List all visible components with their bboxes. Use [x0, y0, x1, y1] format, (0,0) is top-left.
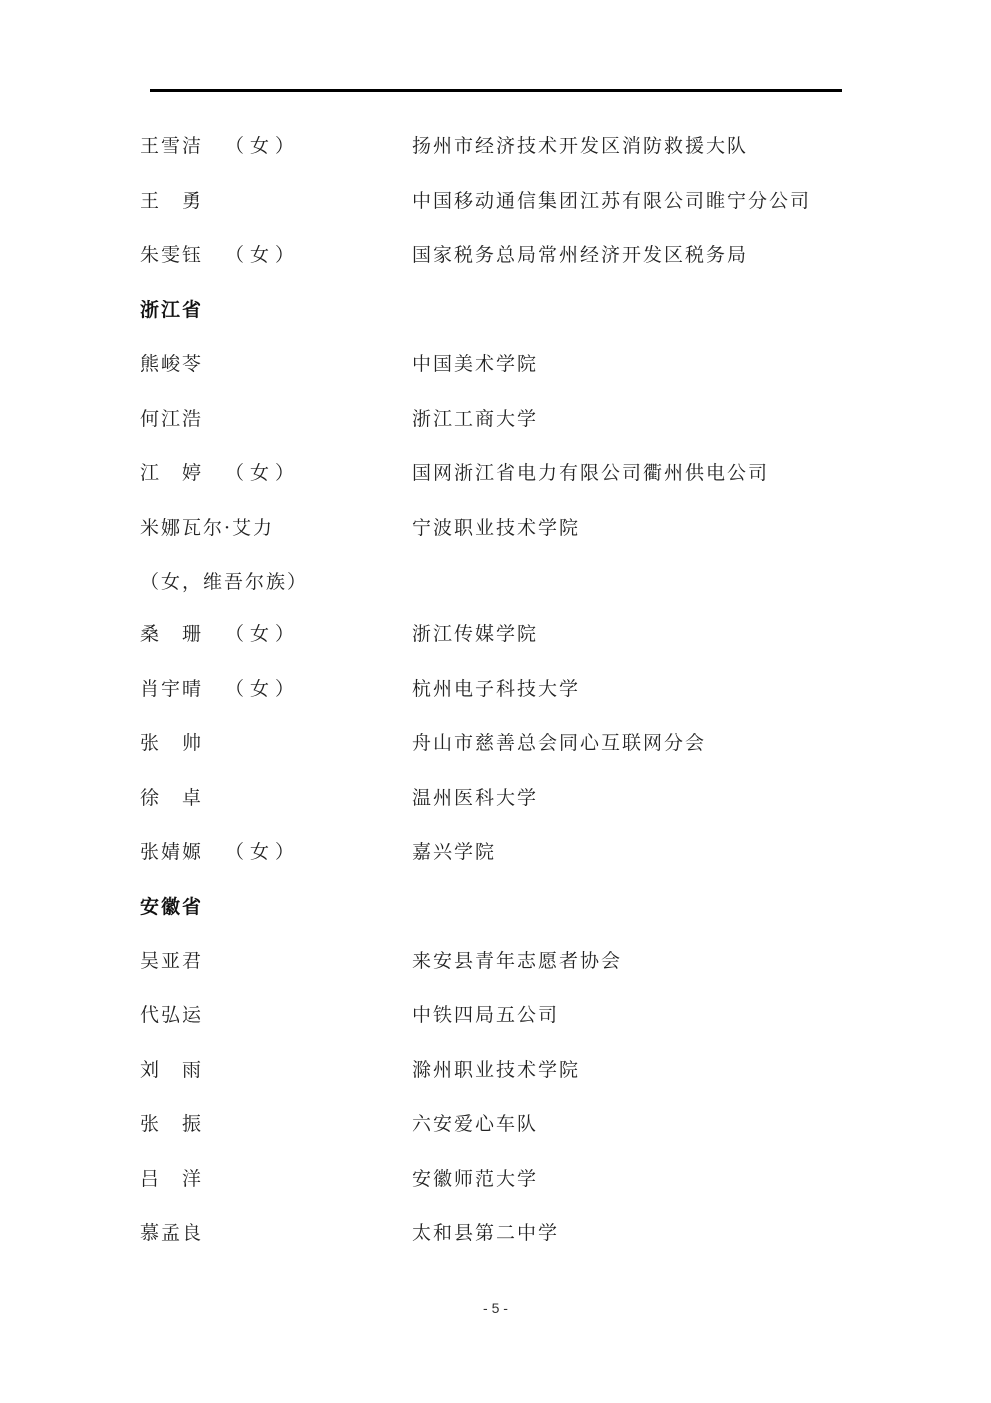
person-name: 慕孟良 — [140, 1217, 203, 1249]
organization: 杭州电子科技大学 — [412, 673, 580, 705]
person-name: 张 帅 — [140, 727, 203, 759]
page-number: - 5 - — [0, 1300, 991, 1316]
person-name: 张婧嫄 — [140, 836, 203, 868]
person-name: 吕 洋 — [140, 1163, 203, 1195]
organization: 扬州市经济技术开发区消防救援大队 — [412, 130, 748, 162]
gender-note: （女） — [225, 673, 300, 705]
organization: 中铁四局五公司 — [412, 999, 559, 1031]
organization: 国家税务总局常州经济开发区税务局 — [412, 239, 748, 271]
person-name: 代弘运 — [140, 999, 203, 1031]
province-heading: 安徽省 — [140, 891, 203, 923]
organization: 中国移动通信集团江苏有限公司睢宁分公司 — [412, 185, 811, 217]
organization: 六安爱心车队 — [412, 1108, 538, 1140]
person-name: 桑 珊 — [140, 618, 203, 650]
organization: 中国美术学院 — [412, 348, 538, 380]
person-name: 徐 卓 — [140, 782, 203, 814]
person-name: 江 婷 — [140, 457, 203, 489]
person-name: 肖宇晴 — [140, 673, 203, 705]
person-name: 王 勇 — [140, 185, 203, 217]
organization: 嘉兴学院 — [412, 836, 496, 868]
person-name: 朱雯钰 — [140, 239, 203, 271]
organization: 温州医科大学 — [412, 782, 538, 814]
organization: 国网浙江省电力有限公司衢州供电公司 — [412, 457, 769, 489]
gender-note: （女） — [225, 457, 300, 489]
organization: 浙江工商大学 — [412, 403, 538, 435]
organization: 舟山市慈善总会同心互联网分会 — [412, 727, 706, 759]
person-note: （女，维吾尔族） — [140, 566, 308, 598]
gender-note: （女） — [225, 618, 300, 650]
organization: 滁州职业技术学院 — [412, 1054, 580, 1086]
organization: 宁波职业技术学院 — [412, 512, 580, 544]
organization: 来安县青年志愿者协会 — [412, 945, 622, 977]
person-name: 张 振 — [140, 1108, 203, 1140]
person-name: 米娜瓦尔·艾力 — [140, 512, 274, 544]
person-name: 熊峻苓 — [140, 348, 203, 380]
person-name: 刘 雨 — [140, 1054, 203, 1086]
organization: 太和县第二中学 — [412, 1217, 559, 1249]
province-heading: 浙江省 — [140, 294, 203, 326]
gender-note: （女） — [225, 130, 300, 162]
gender-note: （女） — [225, 239, 300, 271]
person-name: 吴亚君 — [140, 945, 203, 977]
organization: 浙江传媒学院 — [412, 618, 538, 650]
header-rule — [150, 89, 842, 92]
person-name: 王雪洁 — [140, 130, 203, 162]
organization: 安徽师范大学 — [412, 1163, 538, 1195]
person-name: 何江浩 — [140, 403, 203, 435]
gender-note: （女） — [225, 836, 300, 868]
